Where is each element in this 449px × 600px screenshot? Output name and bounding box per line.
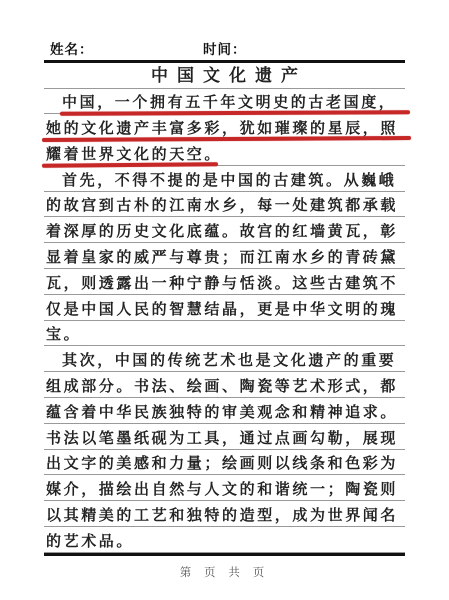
handwritten-text: 中国，一个拥有五千年文明史的古老国度， [62,91,396,112]
text-line: 宝。 [44,321,405,347]
time-label: 时间： [203,38,247,58]
line-list: 中国，一个拥有五千年文明史的古老国度，她的文化遗产丰富多彩，犹如璀璨的星辰，照耀… [44,89,405,553]
worksheet-page: 姓名： 时间： 中国文化遗产 中国，一个拥有五千年文明史的古老国度，她的文化遗产… [0,0,449,600]
handwritten-text: 其次，中国的传统艺术也是文化遗产的重要 [62,349,396,370]
text-line: 首先，不得不提的是中国的古建筑。从巍峨 [44,166,405,192]
handwritten-text: 书法以笔墨纸砚为工具，通过点画勾勒，展现 [46,427,398,448]
text-line: 瓦，则透露出一种宁静与恬淡。这些古建筑不 [44,269,405,295]
page-header: 姓名： 时间： [44,36,405,58]
handwritten-text: 宝。 [46,323,81,344]
footer-page-label: 第 页 共 页 [44,564,405,580]
text-line: 的故宫到古朴的江南水乡，每一处建筑都承载 [44,192,405,218]
text-line: 出文字的美感和力量；绘画则以线条和色彩为 [44,450,405,476]
handwritten-text: 组成部分。书法、绘画、陶瓷等艺术形式，都 [46,375,398,396]
text-line: 书法以笔墨纸砚为工具，通过点画勾勒，展现 [44,424,405,450]
text-line: 蕴含着中华民族独特的审美观念和精神追求。 [44,398,405,424]
handwritten-text: 瓦，则透露出一种宁静与恬淡。这些古建筑不 [46,272,398,293]
text-line: 显着皇家的威严与尊贵；而江南水乡的青砖黛 [44,243,405,269]
text-line: 她的文化遗产丰富多彩，犹如璀璨的星辰，照 [44,114,405,140]
text-line: 媒介，描绘出自然与人文的和谐统一；陶瓷则 [44,475,405,501]
handwritten-text: 的艺术品。 [46,530,134,551]
handwritten-text: 仅是中国人民的智慧结晶，更是中华文明的瑰 [46,298,398,319]
handwritten-text: 首先，不得不提的是中国的古建筑。从巍峨 [62,169,396,190]
handwritten-text: 显着皇家的威严与尊贵；而江南水乡的青砖黛 [46,246,398,267]
handwritten-text: 的故宫到古朴的江南水乡，每一处建筑都承载 [46,194,398,215]
text-line: 的艺术品。 [44,527,405,553]
handwritten-text: 蕴含着中华民族独特的审美观念和精神追求。 [46,401,398,422]
text-line: 仅是中国人民的智慧结晶，更是中华文明的瑰 [44,295,405,321]
text-line: 耀着世界文化的天空。 [44,140,405,166]
text-line: 组成部分。书法、绘画、陶瓷等艺术形式，都 [44,372,405,398]
title-row: 中国文化遗产 [44,64,405,89]
name-label: 姓名： [50,38,94,58]
handwritten-text: 出文字的美感和力量；绘画则以线条和色彩为 [46,452,398,473]
handwritten-text: 耀着世界文化的天空。 [46,143,222,164]
handwritten-text: 媒介，描绘出自然与人文的和谐统一；陶瓷则 [46,478,398,499]
text-line: 其次，中国的传统艺术也是文化遗产的重要 [44,346,405,372]
text-line: 中国，一个拥有五千年文明史的古老国度， [44,89,405,115]
header-divider [44,60,405,63]
handwritten-text: 着深厚的历史文化底蕴。故宫的红墙黄瓦，彰 [46,220,398,241]
text-line: 以其精美的工艺和独特的造型，成为世界闻名 [44,501,405,527]
handwritten-text: 她的文化遗产丰富多彩，犹如璀璨的星辰，照 [46,117,398,138]
handwritten-text: 以其精美的工艺和独特的造型，成为世界闻名 [46,504,398,525]
footer-divider [44,553,405,556]
page-title: 中国文化遗产 [142,66,307,86]
text-line: 着深厚的历史文化底蕴。故宫的红墙黄瓦，彰 [44,217,405,243]
